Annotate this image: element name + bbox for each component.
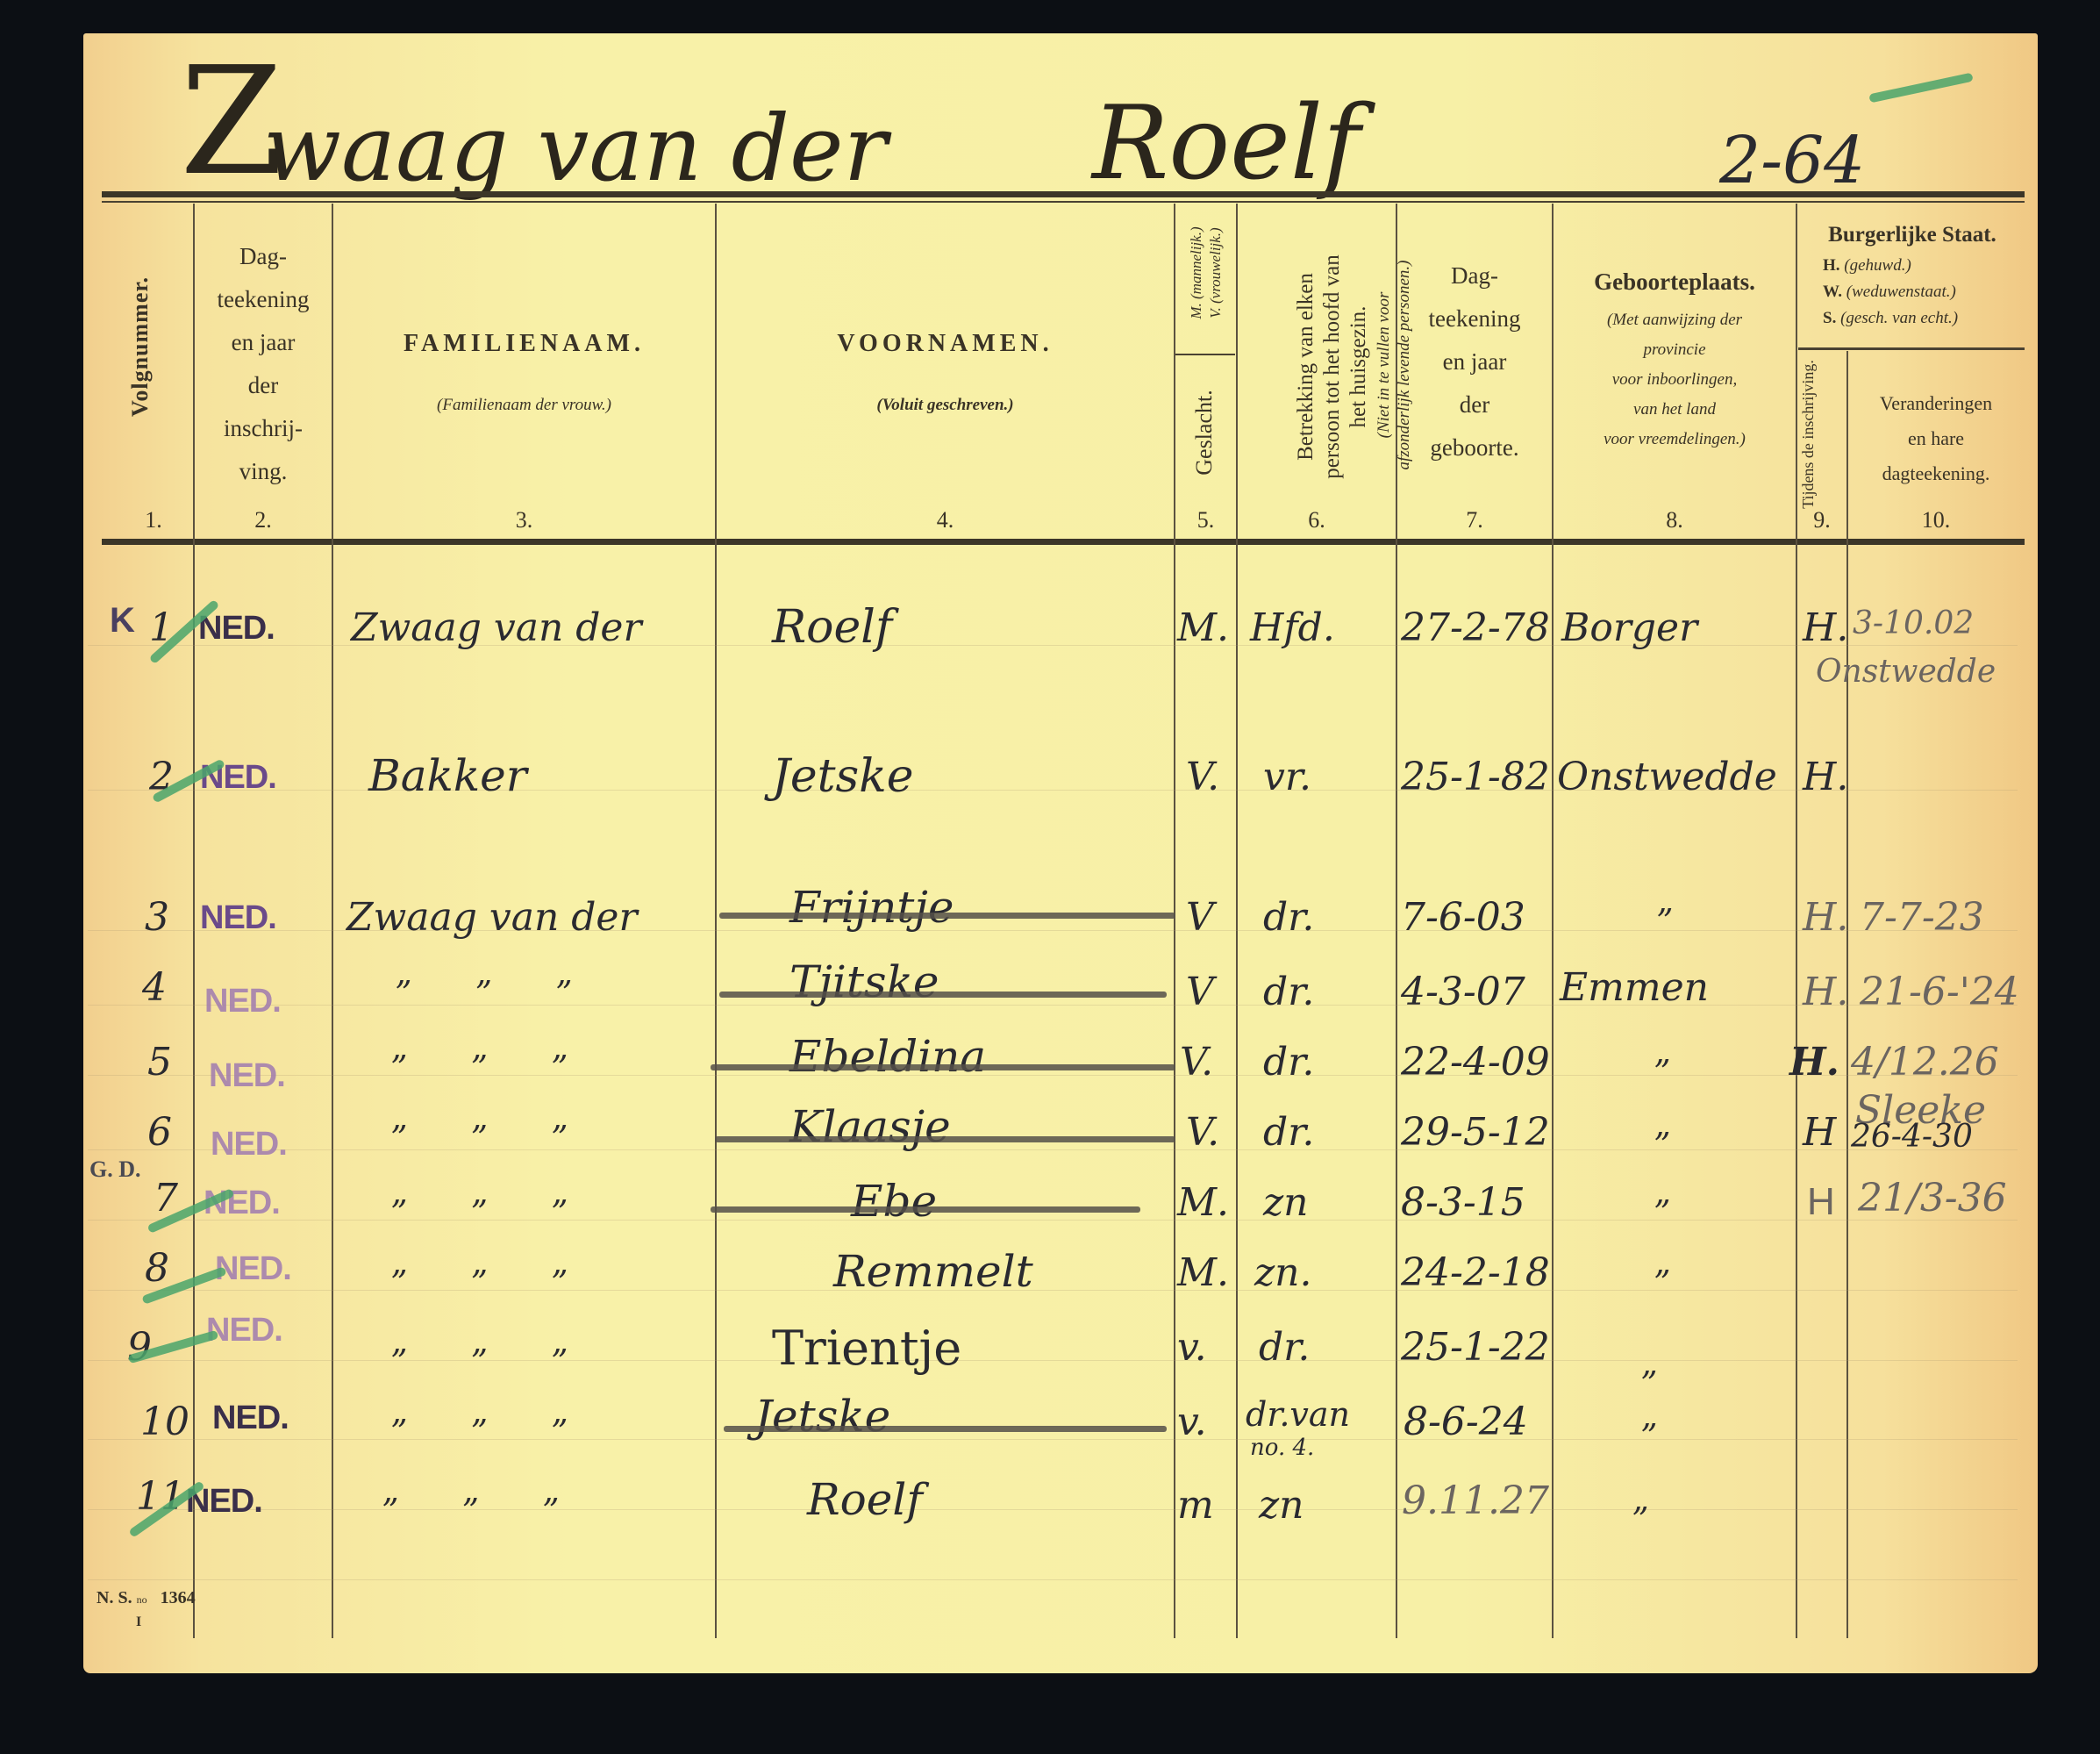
geboortedatum: 25-1-82 [1401,755,1550,799]
betrekking: zn [1259,1483,1304,1528]
header-line: inschrij- [195,407,332,450]
strike-through [724,1426,1167,1432]
veranderingen: 21/3-36 [1858,1176,2007,1221]
row-number: 9 [127,1325,152,1370]
header-betrekking-3: het huisgezin. [1346,200,1373,533]
geboortedatum: 25-1-22 [1401,1325,1550,1370]
header-line: voor inboorlingen, [1554,365,1796,395]
row-number: 4 [142,965,167,1010]
row-number: 3 [145,895,169,940]
familienaam: Zwaag van der [351,605,642,650]
header-geslacht: Geslacht. [1191,371,1218,494]
row-rule [88,1360,2018,1361]
geboorteplaats: ” [1654,1264,1670,1302]
header-line: van het land [1554,395,1796,425]
header-geboorteplaats: Geboorteplaats. [1554,265,1796,299]
geboortedatum: 8-3-15 [1401,1180,1525,1225]
familienaam-ditto: ” ” ” [382,1492,559,1530]
header-line: geboorte. [1397,426,1552,469]
burgerlijke-staat: H. [1803,605,1848,650]
voornamen: Roelf [807,1474,923,1525]
margin-mark-k: K [110,601,134,641]
geslacht: M. [1177,1250,1229,1295]
veranderingen: 21-6-'24 [1860,970,2019,1014]
legend-key: H. [1823,256,1840,275]
form-code: N. S. no 1364 [96,1588,196,1608]
burgerlijke-staat: H. [1803,970,1848,1014]
form-number: 1364 [161,1588,196,1607]
voornamen: Jetske [772,750,913,803]
header-line: teekening [195,278,332,321]
veranderingen-note: Onstwedde [1816,654,1996,690]
header-line: en jaar [1397,340,1552,383]
header-burgerlijke-staat: Burgerlijke Staat. [1797,219,2027,251]
col-divider [332,204,333,1638]
margin-mark-gd: G. D. [89,1156,141,1183]
voornamen: Remmelt [833,1246,1033,1297]
betrekking: zn. [1254,1250,1312,1295]
betrekking: Hfd. [1250,605,1335,650]
header-veranderingen: Veranderingen en hare dagteekening. [1848,386,2024,491]
reference-number: 2-64 [1719,123,1865,198]
col-number: 1. [114,507,193,533]
geboorteplaats: ” [1654,1126,1670,1164]
header-line: der [1397,383,1552,426]
col-number: 4. [717,507,1174,533]
header-voornamen-sub: (Voluit geschreven.) [717,393,1174,418]
betrekking: dr.van [1246,1395,1350,1434]
header-staat-legend: H. (gehuwd.) W. (weduwenstaat.) S. (gesc… [1823,253,1958,332]
geslacht: V. [1186,755,1219,799]
header-line: en hare [1848,421,2024,456]
row-number: 10 [140,1400,189,1444]
nationality-stamp: NED. [206,1312,282,1350]
voornamen: Ebeldina [789,1031,986,1082]
form-mark: no [137,1593,147,1606]
header-line: provincie [1554,335,1796,365]
header-geslacht-v: V. (vrouwelijk.) [1207,198,1232,347]
geboortedatum: 7-6-03 [1401,895,1525,940]
burgerlijke-staat: H. [1789,1040,1839,1085]
legend-desc: (weduwenstaat.) [1846,283,1956,301]
geslacht: M. [1177,1180,1229,1225]
col-number: 7. [1397,507,1552,533]
legend-key: W. [1823,283,1842,301]
header-tijdens-inschrijving: Tijdens de inschrijving. [1798,360,1842,509]
header-line: dagteekening. [1848,456,2024,491]
burgerlijke-staat: H [1807,1180,1835,1224]
row-rule [88,1579,2018,1580]
betrekking: dr. [1263,895,1314,940]
header-geboorteplaats-sub: (Met aanwijzing der provincie voor inboo… [1554,305,1796,455]
row-rule [88,1075,2018,1076]
veranderingen: 3-10.02 [1853,605,1974,641]
nationality-stamp: NED. [200,899,276,937]
nationality-stamp: NED. [211,1126,287,1163]
staat-subrule [1798,347,2025,350]
row-number: 8 [145,1246,169,1291]
col-divider [1796,204,1797,1638]
betrekking: dr. [1263,1110,1314,1155]
geslacht: V. [1180,1040,1213,1085]
voornamen: Klaasje [789,1101,951,1152]
veranderingen: 26-4-30 [1851,1119,1973,1155]
col-number: 3. [333,507,715,533]
betrekking: vr. [1263,755,1311,799]
legend-desc: (gesch. van echt.) [1840,309,1958,327]
geboorteplaats: ” [1656,902,1673,941]
header-familienaam-sub: (Familienaam der vrouw.) [333,393,715,418]
strike-through [711,1206,1140,1213]
header-rule [102,539,2025,545]
geboortedatum: 9.11.27 [1402,1478,1549,1523]
nationality-stamp: NED. [212,1400,289,1437]
geslacht: V. [1186,1110,1219,1155]
title-rule [102,191,2025,197]
geboorteplaats: ” [1640,1364,1657,1403]
betrekking: zn [1263,1180,1309,1225]
header-familienaam: FAMILIENAAM. [333,326,715,362]
nationality-stamp: NED. [198,610,275,648]
geboorteplaats: Borger [1561,605,1697,650]
familienaam: Zwaag van der [346,895,638,940]
burgerlijke-staat: H [1803,1110,1836,1155]
row-rule [88,1220,2018,1221]
burgerlijke-staat: H. [1803,755,1848,799]
geslacht-subrule [1175,354,1235,355]
voornamen: Trientje [772,1321,961,1376]
geboorteplaats: ” [1632,1500,1648,1539]
title-surname-rest: waag van der [263,95,887,202]
legend-desc: (gehuwd.) [1844,256,1911,275]
geboortedatum: 24-2-18 [1401,1250,1550,1295]
familienaam-ditto: ” ” ” [390,1119,568,1157]
form-sub: I [136,1614,141,1630]
row-rule [88,1005,2018,1006]
geboortedatum: 22-4-09 [1401,1040,1550,1085]
voornamen: Frijntje [789,882,954,933]
header-betrekking-1: Betrekking van elken [1294,200,1320,533]
familienaam: Bakker [368,750,527,801]
col-number: 8. [1554,507,1796,533]
nationality-stamp: NED. [215,1250,291,1288]
veranderingen: 7-7-23 [1860,895,1984,940]
header-volgnummer: Volgnummer. [127,237,162,456]
veranderingen: 4/12.26 [1851,1040,1999,1085]
strike-through [719,913,1175,919]
header-line: teekening [1397,297,1552,340]
voornamen: Ebe [851,1176,937,1227]
row-number: 5 [147,1040,172,1085]
col-number: 6. [1238,507,1396,533]
header-line: Dag- [195,235,332,278]
strike-through [711,1064,1175,1070]
col-number: 10. [1848,507,2024,533]
row-rule [88,1149,2018,1150]
geslacht: M. [1177,605,1229,650]
geboorteplaats: ” [1654,1193,1670,1232]
geboorteplaats: Emmen [1560,965,1709,1010]
header-voornamen: VOORNAMEN. [717,326,1174,362]
title-rule-thin [102,201,2025,203]
header-line: der [195,364,332,407]
betrekking: dr. [1263,1040,1314,1085]
geslacht: v. [1177,1325,1207,1370]
familienaam-ditto: ” ” ” [390,1342,568,1381]
header-geboorte: Dag- teekening en jaar der geboorte. [1397,254,1552,469]
geslacht: V [1186,895,1214,940]
burgerlijke-staat: H. [1803,895,1848,940]
betrekking-note: no. 4. [1250,1435,1314,1461]
row-number: 6 [147,1110,172,1155]
familienaam-ditto: ” ” ” [390,1413,568,1451]
strike-through [719,992,1167,998]
geboorteplaats: Onstwedde [1557,755,1777,799]
col-number: 9. [1797,507,1846,533]
geslacht: m [1177,1483,1214,1528]
form-series: N. S. [96,1588,132,1607]
voornamen: Tjitske [789,956,939,1007]
geboortedatum: 29-5-12 [1401,1110,1550,1155]
col-number: 2. [195,507,332,533]
header-betrekking-2: persoon tot het hoofd van [1320,200,1346,533]
header-line: Veranderingen [1848,386,2024,421]
legend-key: S. [1823,309,1836,327]
familienaam-ditto: ” ” ” [395,974,572,1013]
header-line: voor vreemdelingen.) [1554,425,1796,455]
header-inschrijving: Dag- teekening en jaar der inschrij- vin… [195,235,332,493]
title-given-name: Roelf [1092,84,1361,203]
header-line: en jaar [195,321,332,364]
voornamen: Jetske [754,1391,890,1442]
familienaam-ditto: ” ” ” [390,1193,568,1232]
col-number: 5. [1175,507,1236,533]
geboortedatum: 8-6-24 [1404,1400,1528,1444]
familienaam-ditto: ” ” ” [390,1049,568,1087]
voornamen: Roelf [772,601,892,654]
nationality-stamp: NED. [204,983,281,1020]
geboortedatum: 4-3-07 [1401,970,1525,1014]
familienaam-ditto: ” ” ” [390,1264,568,1302]
strike-through [715,1136,1175,1142]
geboorteplaats: ” [1640,1417,1657,1456]
header-line: ving. [195,450,332,493]
row-rule [88,1509,2018,1510]
geboorteplaats: ” [1654,1053,1670,1092]
col-divider [1174,204,1175,1638]
geboortedatum: 27-2-78 [1401,605,1550,650]
header-line: Dag- [1397,254,1552,297]
col-divider [1236,204,1238,1638]
header-line: (Met aanwijzing der [1554,305,1796,335]
betrekking: dr. [1263,970,1314,1014]
geslacht: v. [1177,1400,1207,1444]
geslacht: V [1186,970,1214,1014]
col-divider [715,204,717,1638]
nationality-stamp: NED. [209,1057,285,1095]
row-rule [88,1439,2018,1440]
row-rule [88,1290,2018,1291]
betrekking: dr. [1259,1325,1310,1370]
